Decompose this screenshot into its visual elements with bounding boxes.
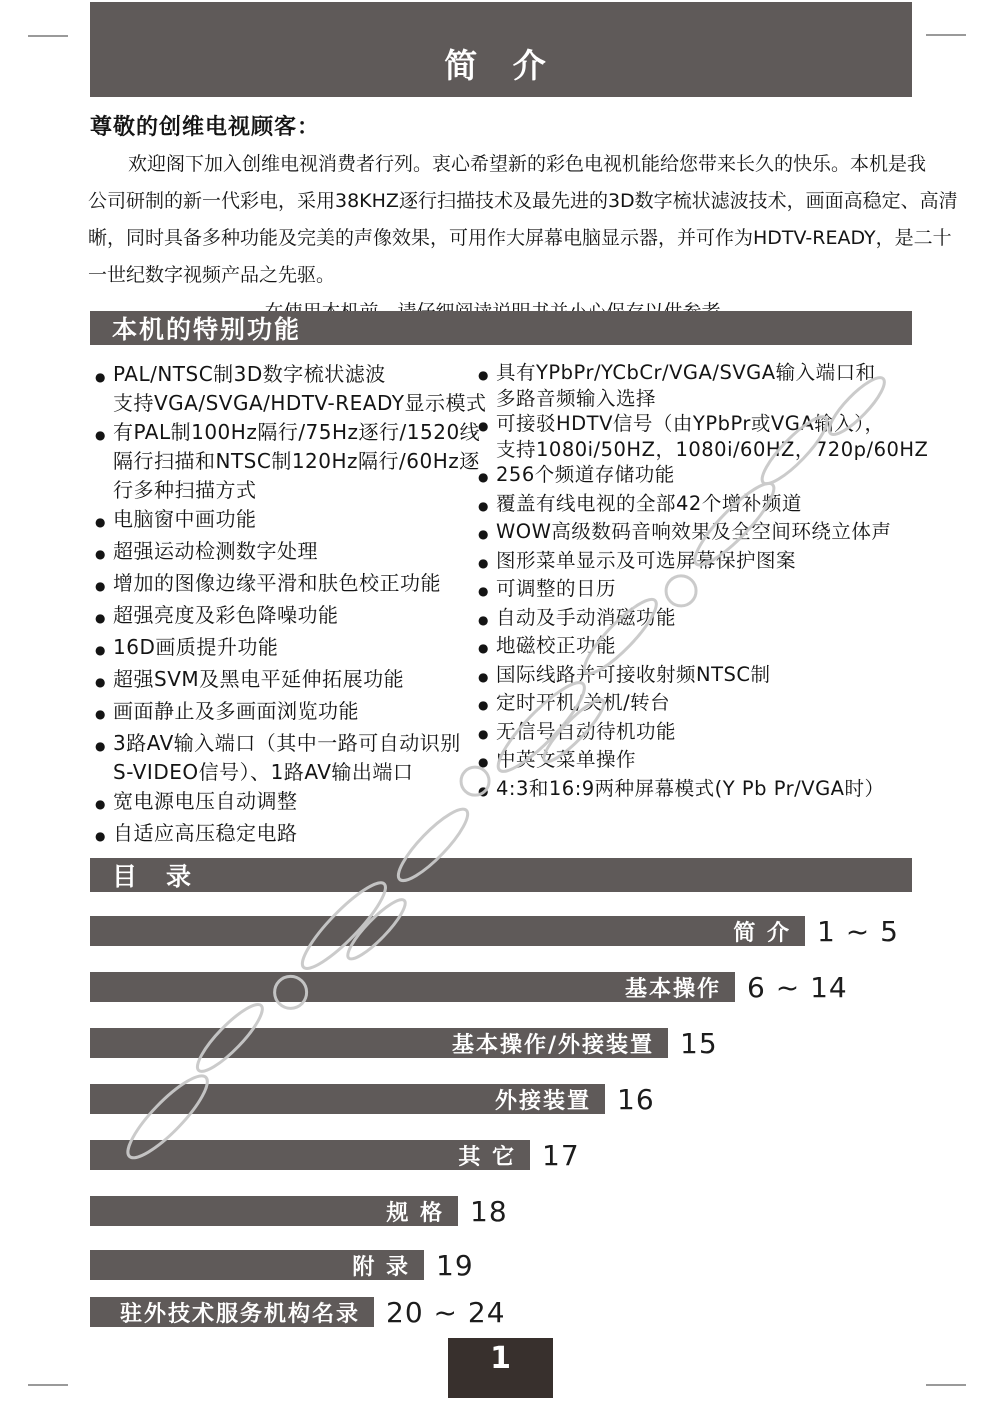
feature-text: 有PAL制100Hz隔行/75Hz逐行/1520线 隔行扫描和NTSC制120H… <box>113 418 480 505</box>
feature-text: 电脑窗中画功能 <box>113 505 257 534</box>
bullet-icon: ● <box>478 693 496 719</box>
page-header-bar: 简 介 <box>90 2 912 97</box>
page-title: 简 介 <box>444 40 558 97</box>
bullet-icon: ● <box>95 421 113 450</box>
feature-text: 覆盖有线电视的全部42个增补频道 <box>496 491 802 517</box>
feature-item: ●画面静止及多画面浏览功能 <box>95 697 487 729</box>
feature-item: ●覆盖有线电视的全部42个增补频道 <box>478 491 916 520</box>
feature-item: ●具有YPbPr/YCbCr/VGA/SVGA输入端口和 多路音频输入选择 <box>478 360 916 411</box>
feature-item: ●宽电源电压自动调整 <box>95 787 487 819</box>
feature-text: 256个频道存储功能 <box>496 462 675 488</box>
toc-section-label: 驻外技术服务机构名录 <box>120 1297 360 1328</box>
toc-section-label: 附 录 <box>352 1250 410 1281</box>
feature-item: ●WOW高级数码音响效果及全空间环绕立体声 <box>478 519 916 548</box>
intro-line: 公司研制的新一代彩电，采用38KHZ逐行扫描技术及最先进的3D数字梳状滤波技术，… <box>88 183 916 220</box>
bullet-icon: ● <box>95 732 113 761</box>
toc-page-range: 1 ~ 5 <box>817 915 899 948</box>
toc-row: 规 格18 <box>90 1196 508 1226</box>
toc-bar: 其 它 <box>90 1140 530 1170</box>
feature-text: 地磁校正功能 <box>496 633 616 659</box>
bullet-icon: ● <box>478 579 496 605</box>
feature-item: ●增加的图像边缘平滑和肤色校正功能 <box>95 569 487 601</box>
toc-row: 基本操作/外接装置15 <box>90 1028 718 1058</box>
toc-bar: 附 录 <box>90 1250 424 1280</box>
bullet-icon: ● <box>95 790 113 819</box>
feature-text: 自动及手动消磁功能 <box>496 605 676 631</box>
feature-item: ●4:3和16:9两种屏幕模式(Y Pb Pr/VGA时） <box>478 776 916 805</box>
toc-page-range: 6 ~ 14 <box>747 971 848 1004</box>
feature-text: 4:3和16:9两种屏幕模式(Y Pb Pr/VGA时） <box>496 776 885 802</box>
intro-line: 一世纪数字视频产品之先驱。 <box>88 257 916 294</box>
feature-text: 3路AV输入端口（其中一路可自动识别 S-VIDEO信号）、1路AV输出端口 <box>113 729 461 787</box>
feature-text: 16D画质提升功能 <box>113 633 278 662</box>
corner-mark-top-left <box>28 35 68 37</box>
features-column-left: ●PAL/NTSC制3D数字梳状滤波 支持VGA/SVGA/HDTV-READY… <box>95 360 487 851</box>
feature-item: ●超强亮度及彩色降噪功能 <box>95 601 487 633</box>
bullet-icon: ● <box>478 636 496 662</box>
feature-item: ●地磁校正功能 <box>478 633 916 662</box>
features-column-right: ●具有YPbPr/YCbCr/VGA/SVGA输入端口和 多路音频输入选择●可接… <box>478 360 916 804</box>
feature-item: ●3路AV输入端口（其中一路可自动识别 S-VIDEO信号）、1路AV输出端口 <box>95 729 487 787</box>
toc-section-label: 基本操作/外接装置 <box>452 1028 654 1059</box>
bullet-icon: ● <box>478 551 496 577</box>
intro-line: 晰，同时具备多种功能及完美的声像效果，可用作大屏幕电脑显示器，并可作为HDTV-… <box>88 220 916 257</box>
feature-item: ●可接驳HDTV信号（由YPbPr或VGA输入）， 支持1080i/50HZ，1… <box>478 411 916 462</box>
feature-text: 画面静止及多画面浏览功能 <box>113 697 359 726</box>
toc-bar: 驻外技术服务机构名录 <box>90 1297 374 1327</box>
feature-item: ●电脑窗中画功能 <box>95 505 487 537</box>
toc-row: 基本操作6 ~ 14 <box>90 972 848 1002</box>
toc-section-label: 其 它 <box>458 1140 516 1171</box>
bullet-icon: ● <box>95 636 113 665</box>
features-heading-label: 本机的特别功能 <box>90 310 301 346</box>
bullet-icon: ● <box>95 363 113 392</box>
bullet-icon: ● <box>478 465 496 491</box>
page-number-badge: 1 <box>448 1338 553 1398</box>
feature-item: ●可调整的日历 <box>478 576 916 605</box>
feature-item: ●超强SVM及黑电平延伸拓展功能 <box>95 665 487 697</box>
intro-paragraph: 欢迎阁下加入创维电视消费者行列。衷心希望新的彩色电视机能给您带来长久的快乐。本机… <box>88 146 916 331</box>
bullet-icon: ● <box>478 494 496 520</box>
toc-row: 其 它17 <box>90 1140 580 1170</box>
toc-row: 外接装置16 <box>90 1084 655 1114</box>
feature-text: 增加的图像边缘平滑和肤色校正功能 <box>113 569 441 598</box>
toc-page-range: 19 <box>436 1249 474 1282</box>
feature-text: 可接驳HDTV信号（由YPbPr或VGA输入）， 支持1080i/50HZ，10… <box>496 411 928 462</box>
corner-mark-bottom-left <box>28 1384 68 1386</box>
feature-text: 可调整的日历 <box>496 576 616 602</box>
manual-page: 简 介 尊敬的创维电视顾客： 欢迎阁下加入创维电视消费者行列。衷心希望新的彩色电… <box>0 0 992 1404</box>
feature-text: 无信号自动待机功能 <box>496 719 676 745</box>
bullet-icon: ● <box>478 665 496 691</box>
toc-page-range: 16 <box>617 1083 655 1116</box>
feature-item: ●图形菜单显示及可选屏幕保护图案 <box>478 548 916 577</box>
toc-section-label: 规 格 <box>386 1196 444 1227</box>
feature-text: 宽电源电压自动调整 <box>113 787 298 816</box>
page-number: 1 <box>490 1341 511 1376</box>
bullet-icon: ● <box>478 414 496 440</box>
feature-item: ●PAL/NTSC制3D数字梳状滤波 支持VGA/SVGA/HDTV-READY… <box>95 360 487 418</box>
toc-section-label: 外接装置 <box>495 1084 591 1115</box>
bullet-icon: ● <box>478 363 496 389</box>
feature-item: ●自动及手动消磁功能 <box>478 605 916 634</box>
feature-item: ●定时开机/关机/转台 <box>478 690 916 719</box>
feature-text: 超强运动检测数字处理 <box>113 537 318 566</box>
toc-bar: 基本操作/外接装置 <box>90 1028 668 1058</box>
toc-heading-label: 目 录 <box>90 857 193 893</box>
feature-item: ●256个频道存储功能 <box>478 462 916 491</box>
toc-row: 附 录19 <box>90 1250 474 1280</box>
feature-item: ●中英文菜单操作 <box>478 747 916 776</box>
feature-item: ●无信号自动待机功能 <box>478 719 916 748</box>
bullet-icon: ● <box>478 608 496 634</box>
corner-mark-bottom-right <box>926 1384 966 1386</box>
toc-page-range: 18 <box>470 1195 508 1228</box>
toc-bar: 基本操作 <box>90 972 735 1002</box>
feature-item: ●超强运动检测数字处理 <box>95 537 487 569</box>
feature-text: 具有YPbPr/YCbCr/VGA/SVGA输入端口和 多路音频输入选择 <box>496 360 876 411</box>
feature-item: ●自适应高压稳定电路 <box>95 819 487 851</box>
feature-text: PAL/NTSC制3D数字梳状滤波 支持VGA/SVGA/HDTV-READY显… <box>113 360 487 418</box>
toc-row: 简 介1 ~ 5 <box>90 916 899 946</box>
feature-text: 图形菜单显示及可选屏幕保护图案 <box>496 548 796 574</box>
feature-text: 国际线路并可接收射频NTSC制 <box>496 662 771 688</box>
toc-page-range: 20 ~ 24 <box>386 1296 506 1329</box>
corner-mark-top-right <box>926 34 966 36</box>
feature-text: 中英文菜单操作 <box>496 747 636 773</box>
toc-section-label: 基本操作 <box>625 972 721 1003</box>
intro-line: 欢迎阁下加入创维电视消费者行列。衷心希望新的彩色电视机能给您带来长久的快乐。本机… <box>88 146 916 183</box>
feature-item: ●有PAL制100Hz隔行/75Hz逐行/1520线 隔行扫描和NTSC制120… <box>95 418 487 505</box>
greeting-line: 尊敬的创维电视顾客： <box>90 110 320 141</box>
bullet-icon: ● <box>95 508 113 537</box>
feature-text: 定时开机/关机/转台 <box>496 690 670 716</box>
toc-section-label: 简 介 <box>733 916 791 947</box>
bullet-icon: ● <box>478 522 496 548</box>
toc-row: 驻外技术服务机构名录20 ~ 24 <box>90 1297 506 1327</box>
bullet-icon: ● <box>95 540 113 569</box>
bullet-icon: ● <box>95 572 113 601</box>
toc-page-range: 17 <box>542 1139 580 1172</box>
features-heading-bar: 本机的特别功能 <box>90 311 912 345</box>
bullet-icon: ● <box>95 822 113 851</box>
feature-text: 自适应高压稳定电路 <box>113 819 298 848</box>
toc-bar: 简 介 <box>90 916 805 946</box>
bullet-icon: ● <box>478 750 496 776</box>
toc-heading-bar: 目 录 <box>90 858 912 892</box>
feature-item: ●国际线路并可接收射频NTSC制 <box>478 662 916 691</box>
feature-text: 超强SVM及黑电平延伸拓展功能 <box>113 665 404 694</box>
bullet-icon: ● <box>95 700 113 729</box>
toc-page-range: 15 <box>680 1027 718 1060</box>
bullet-icon: ● <box>95 668 113 697</box>
toc-bar: 规 格 <box>90 1196 458 1226</box>
bullet-icon: ● <box>478 779 496 805</box>
feature-item: ●16D画质提升功能 <box>95 633 487 665</box>
feature-text: 超强亮度及彩色降噪功能 <box>113 601 339 630</box>
toc-bar: 外接装置 <box>90 1084 605 1114</box>
bullet-icon: ● <box>478 722 496 748</box>
feature-text: WOW高级数码音响效果及全空间环绕立体声 <box>496 519 891 545</box>
bullet-icon: ● <box>95 604 113 633</box>
